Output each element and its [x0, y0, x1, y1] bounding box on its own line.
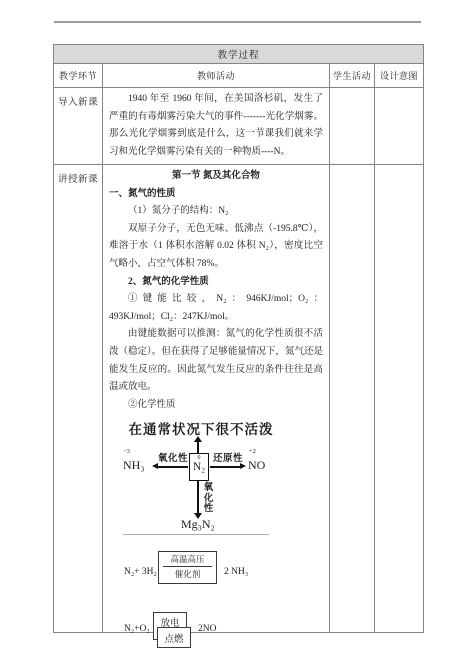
para-molecular-structure: （1）氮分子的结构：N₂ — [109, 203, 323, 221]
down-arrow-label: 氧化性 — [203, 483, 214, 515]
nitrogen-reaction-diagram: 在通常状况下很不活泼 氧化性 还原性 0 N₂ — [109, 416, 323, 544]
empty-cell — [375, 88, 423, 164]
para-bond-energy-inference: 由键能数据可以推测：氮气的化学性质很不活泼（稳定）。但在获得了足够能量情况下，氮… — [109, 326, 323, 396]
equation-reactants: N₂+ 3H₂ — [124, 564, 157, 582]
col-header-stage: 教学环节 — [54, 64, 103, 87]
arrow-left-head-icon — [152, 463, 158, 469]
teach-content-cell: 第一节 氮及其化合物 一、氮气的性质 （1）氮分子的结构：N₂ 双原子分子，无色… — [103, 165, 330, 632]
table-row-intro: 导入新课 1940 年至 1960 年间，在美国洛杉矶，发生了严重的有毒烟雾污染… — [54, 88, 423, 165]
down-species: Mg₃N₂ — [181, 516, 215, 534]
center-species: N₂ — [190, 461, 208, 474]
right-species: NO — [248, 457, 265, 475]
col-header-design-intent: 设计意图 — [375, 64, 423, 87]
col-header-teacher-activity: 教师活动 — [103, 64, 330, 87]
page-header-rule — [54, 21, 421, 23]
empty-cell — [330, 88, 375, 164]
heading-chemical-properties: 2、氮气的化学性质 — [109, 274, 323, 292]
table-row-teach: 讲授新课 第一节 氮及其化合物 一、氮气的性质 （1）氮分子的结构：N₂ 双原子… — [54, 165, 423, 632]
left-oxidation-number: −3 — [123, 449, 130, 456]
arrow-right-shaft-icon — [210, 466, 241, 468]
condition-bottom: 催化剂 — [159, 567, 216, 581]
empty-cell — [375, 165, 423, 632]
arrow-up-head-icon — [194, 436, 202, 442]
section-title: 第一节 氮及其化合物 — [109, 168, 323, 186]
stage-label-intro: 导入新课 — [54, 88, 103, 164]
arrow-up-shaft-icon — [197, 442, 199, 453]
condition-box: 高温高压 催化剂 — [158, 551, 217, 584]
table-title: 教学过程 — [217, 47, 259, 61]
table-header-row: 教学环节 教师活动 学生活动 设计意图 — [54, 64, 423, 88]
equation-synthesis: N₂+ 3H₂ 高温高压 催化剂 2 NH₃ — [109, 551, 323, 585]
left-species: NH₃ — [123, 457, 145, 475]
equation-product: 2 NH₃ — [224, 564, 248, 582]
heading-nitrogen-properties: 一、氮气的性质 — [109, 186, 323, 204]
diagram-baseline — [123, 534, 269, 535]
equation-discharge: N₂+O₂ 放电 2NO — [109, 612, 323, 641]
document-page: 教学过程 教学环节 教师活动 学生活动 设计意图 导入新课 1940 年至 19… — [0, 0, 474, 670]
intro-paragraph: 1940 年至 1960 年间，在美国洛杉矶，发生了严重的有毒烟雾污染大气的事件… — [109, 91, 323, 161]
condition-label: 点燃 — [164, 631, 183, 645]
right-oxidation-number: +2 — [249, 449, 256, 456]
equation-product: 2NO — [198, 621, 216, 639]
equation-reactants: N₂+O₂ — [124, 621, 150, 639]
arrow-right-head-icon — [240, 463, 246, 469]
empty-cell — [330, 165, 375, 632]
col-header-student-activity: 学生活动 — [330, 64, 375, 87]
center-species-box: 0 N₂ — [189, 453, 209, 481]
condition-box-ignite: 点燃 — [157, 627, 191, 648]
para-chemical-properties-label: ②化学性质 — [109, 397, 323, 415]
para-bond-energy: ①键能比较，N₂：946KJ/mol；O₂：493KJ/mol；Cl₂：247K… — [109, 291, 323, 326]
arrow-left-shaft-icon — [157, 466, 188, 468]
intro-content-cell: 1940 年至 1960 年间，在美国洛杉矶，发生了严重的有毒烟雾污染大气的事件… — [103, 88, 330, 164]
para-physical-properties: 双原子分子，无色无味、低沸点（-195.8℃），难溶于水（1 体积水溶解 0.0… — [109, 221, 323, 274]
condition-top: 高温高压 — [159, 552, 216, 566]
teaching-process-table: 教学过程 教学环节 教师活动 学生活动 设计意图 导入新课 1940 年至 19… — [53, 44, 424, 633]
stage-label-teach: 讲授新课 — [54, 165, 103, 632]
arrow-down-shaft-icon — [197, 481, 199, 514]
table-title-row: 教学过程 — [54, 45, 423, 64]
